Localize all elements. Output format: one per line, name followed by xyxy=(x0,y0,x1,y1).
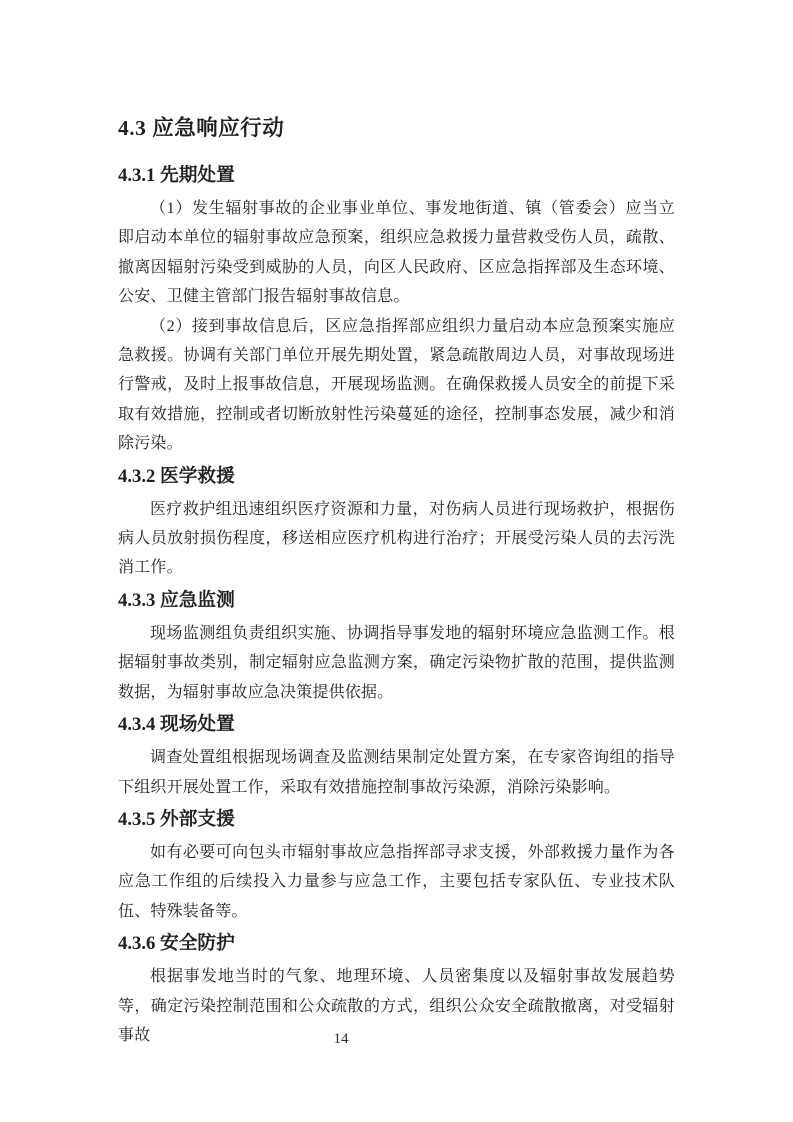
paragraph: 调查处置组根据现场调查及监测结果制定处置方案，在专家咨询组的指导下组织开展处置工… xyxy=(118,743,675,802)
page-number: 14 xyxy=(0,1031,682,1048)
page-title: 4.3 应急响应行动 xyxy=(118,114,675,142)
section-emergency-monitoring: 4.3.3 应急监测 现场监测组负责组织实施、协调指导事发地的辐射环境应急监测工… xyxy=(118,583,675,707)
section-first-response: 4.3.1 先期处置 （1）发生辐射事故的企业事业单位、事发地街道、镇（管委会）… xyxy=(118,158,675,459)
paragraph: 如有必要可向包头市辐射事故应急指挥部寻求支援，外部救援力量作为各应急工作组的后续… xyxy=(118,838,675,926)
section-onsite-disposal: 4.3.4 现场处置 调查处置组根据现场调查及监测结果制定处置方案，在专家咨询组… xyxy=(118,707,675,802)
document-page: 4.3 应急响应行动 4.3.1 先期处置 （1）发生辐射事故的企业事业单位、事… xyxy=(0,0,793,1122)
section-heading: 4.3.1 先期处置 xyxy=(118,158,675,194)
paragraph: 现场监测组负责组织实施、协调指导事发地的辐射环境应急监测工作。根据辐射事故类别，… xyxy=(118,619,675,707)
section-heading: 4.3.2 医学救援 xyxy=(118,459,675,495)
paragraph: （2）接到事故信息后，区应急指挥部应组织力量启动本应急预案实施应急救援。协调有关… xyxy=(118,312,675,459)
section-heading: 4.3.5 外部支援 xyxy=(118,802,675,838)
section-medical-rescue: 4.3.2 医学救援 医疗救护组迅速组织医疗资源和力量，对伤病人员进行现场救护，… xyxy=(118,459,675,583)
paragraph: （1）发生辐射事故的企业事业单位、事发地街道、镇（管委会）应当立即启动本单位的辐… xyxy=(118,194,675,312)
section-heading: 4.3.3 应急监测 xyxy=(118,583,675,619)
paragraph: 医疗救护组迅速组织医疗资源和力量，对伤病人员进行现场救护，根据伤病人员放射损伤程… xyxy=(118,495,675,583)
section-heading: 4.3.6 安全防护 xyxy=(118,926,675,962)
section-external-support: 4.3.5 外部支援 如有必要可向包头市辐射事故应急指挥部寻求支援，外部救援力量… xyxy=(118,802,675,926)
section-heading: 4.3.4 现场处置 xyxy=(118,707,675,743)
